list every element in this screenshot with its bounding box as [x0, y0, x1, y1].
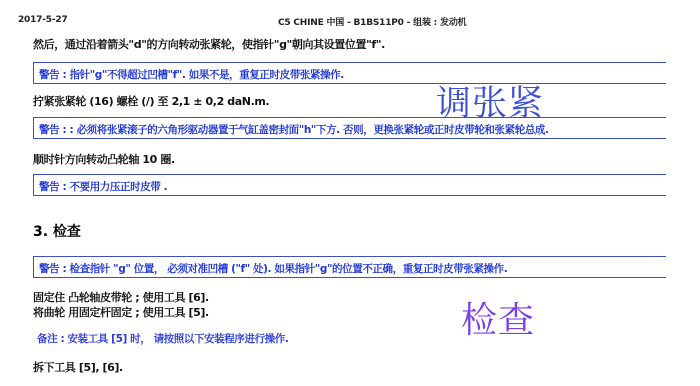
step-tighten-bolt: 拧紧张紧轮 (16) 螺栓 (/) 至 2,1 ± 0,2 daN.m. — [33, 93, 269, 109]
step-rotate-tensioner: 然后，通过沿着箭头"d"的方向转动张紧轮，使指针"g"朝向其设置位置"f". — [33, 36, 385, 52]
document-title: C5 CHINE 中国 - B1BS11P0 - 组装 : 发动机 — [278, 15, 466, 28]
warning-box-check-pointer: 警告 : 检查指针 "g" 位置， 必须对准凹槽 ("f" 处). 如果指针"g… — [33, 256, 666, 278]
warning-text: 警告 : 检查指针 "g" 位置， 必须对准凹槽 ("f" 处). 如果指针"g… — [39, 261, 507, 276]
note-install-tool: 备注 : 安装工具 [5] 时， 请按照以下安装程序进行操作. — [37, 331, 288, 346]
warning-box-no-force: 警告 : 不要用力压正时皮带 . — [33, 174, 666, 196]
step-remove-tools: 拆下工具 [5], [6]. — [33, 359, 123, 375]
warning-box-hex-drive: 警告 : : 必须将张紧滚子的六角形驱动器置于气缸盖密封面"h"下方. 否则，更… — [33, 117, 666, 139]
step-turn-camshaft: 顺时针方向转动凸轮轴 10 圈. — [33, 151, 175, 167]
warning-text: 警告 : 不要用力压正时皮带 . — [39, 179, 167, 194]
warning-text: 警告 : 指针"g"不得超过凹槽"f". 如果不是，重复正时皮带张紧操作. — [39, 67, 344, 82]
document-date: 2017-5-27 — [18, 15, 68, 25]
section-heading-check: 3. 检查 — [33, 221, 81, 241]
annotation-tension-label: 调张紧 — [436, 76, 544, 126]
annotation-check-label: 检查 — [461, 292, 535, 343]
warning-box-pointer: 警告 : 指针"g"不得超过凹槽"f". 如果不是，重复正时皮带张紧操作. — [33, 62, 666, 84]
step-fix-crankshaft: 将曲轮 用固定杆固定 ; 使用工具 [5]. — [33, 304, 209, 320]
step-fix-camshaft-pulley: 固定住 凸轮轴皮带轮 ; 使用工具 [6]. — [33, 289, 209, 305]
